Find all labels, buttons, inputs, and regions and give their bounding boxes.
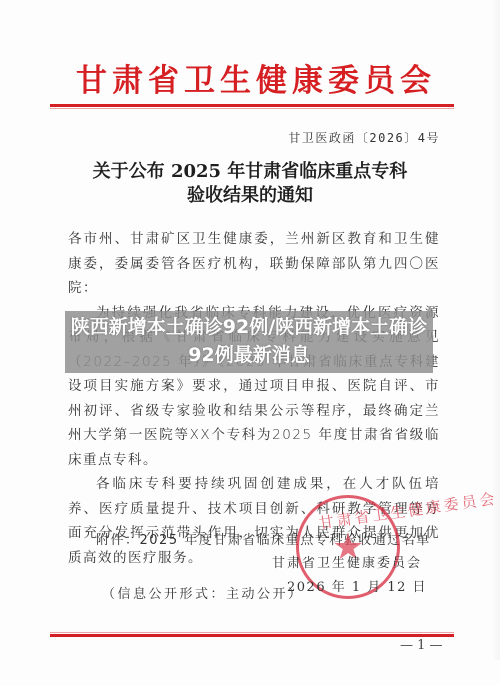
page-edge-shadow <box>490 0 500 660</box>
document-title-line2: 验收结果的通知 <box>50 184 450 208</box>
page-number: — 1 — <box>400 638 443 653</box>
header-red-rule <box>50 104 454 109</box>
disclosure-type: （信息公开形式：主动公开） <box>102 583 304 602</box>
footer-red-rule <box>50 632 454 637</box>
signature-org: 甘肃省卫生健康委员会 <box>272 552 422 571</box>
org-header: 甘肃省卫生健康委员会 <box>56 64 456 98</box>
addressee: 各市州、甘肃矿区卫生健康委，兰州新区教育和卫生健康委，委属委管各医疗机构，联勤保… <box>68 227 440 301</box>
headline-overlay-text: 陕西新增本土确诊92例/陕西新增本土确诊92例最新消息 <box>65 313 433 369</box>
document-title-line1: 关于公布 2025 年甘肃省临床重点专科 <box>50 160 450 184</box>
document-page: 甘肃省卫生健康委员会 甘卫医政函〔2026〕4号 关于公布 2025 年甘肃省临… <box>0 0 500 685</box>
signature-date: 2026 年 1 月 12 日 <box>287 576 427 595</box>
document-number: 甘卫医政函〔2026〕4号 <box>288 129 440 146</box>
